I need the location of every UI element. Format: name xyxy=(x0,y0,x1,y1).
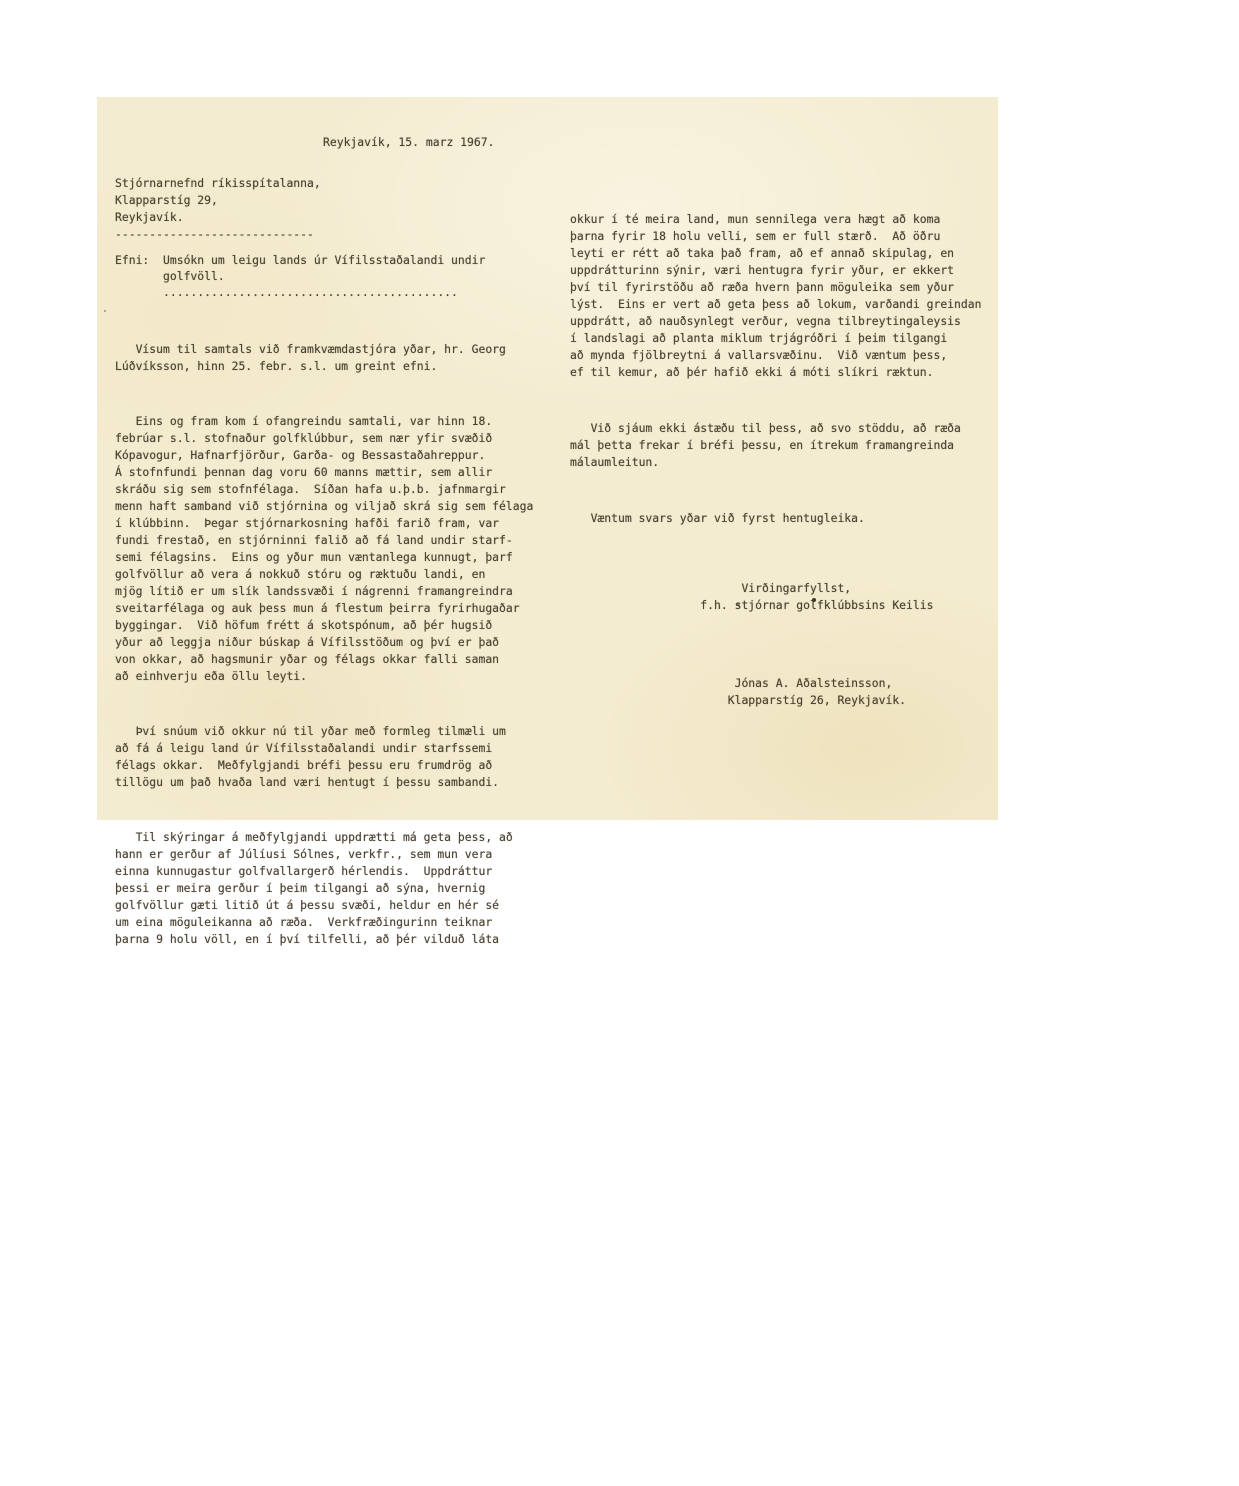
paragraph-1: Vísum til samtals við framkvæmdastjóra y… xyxy=(115,341,545,375)
paragraph-6: Við sjáum ekki ástæðu til þess, að svo s… xyxy=(570,420,995,471)
closing-salutation: Virðingarfyllst, f.h. stjórnar golfklúbb… xyxy=(570,580,995,614)
recipient-address: Stjórnarnefnd ríkisspítalanna, Klapparst… xyxy=(115,175,321,243)
ink-speck xyxy=(812,598,816,602)
subject-line: Efni: Umsókn um leigu lands úr Vífilssta… xyxy=(115,252,485,300)
ink-speck xyxy=(104,310,106,312)
paragraph-4: Til skýringar á meðfylgjandi uppdrætti m… xyxy=(115,829,545,948)
letter-body-left-column: Vísum til samtals við framkvæmdastjóra y… xyxy=(115,307,545,986)
letter-body-right-column: okkur í té meira land, mun sennilega ver… xyxy=(570,177,995,748)
letter-date: Reykjavík, 15. marz 1967. xyxy=(323,134,494,151)
paragraph-5: okkur í té meira land, mun sennilega ver… xyxy=(570,211,995,381)
signature-block: Jónas A. Aðalsteinsson, Klapparstíg 26, … xyxy=(570,675,995,709)
paragraph-2: Eins og fram kom í ofangreindu samtali, … xyxy=(115,413,545,685)
paragraph-3: Því snúum við okkur nú til yðar með form… xyxy=(115,723,545,791)
paragraph-7: Væntum svars yðar við fyrst hentugleika. xyxy=(570,510,995,527)
scan-canvas: Reykjavík, 15. marz 1967. Stjórnarnefnd … xyxy=(0,0,1239,1486)
ink-speck xyxy=(737,603,740,606)
letter-paper: Reykjavík, 15. marz 1967. Stjórnarnefnd … xyxy=(97,97,998,820)
